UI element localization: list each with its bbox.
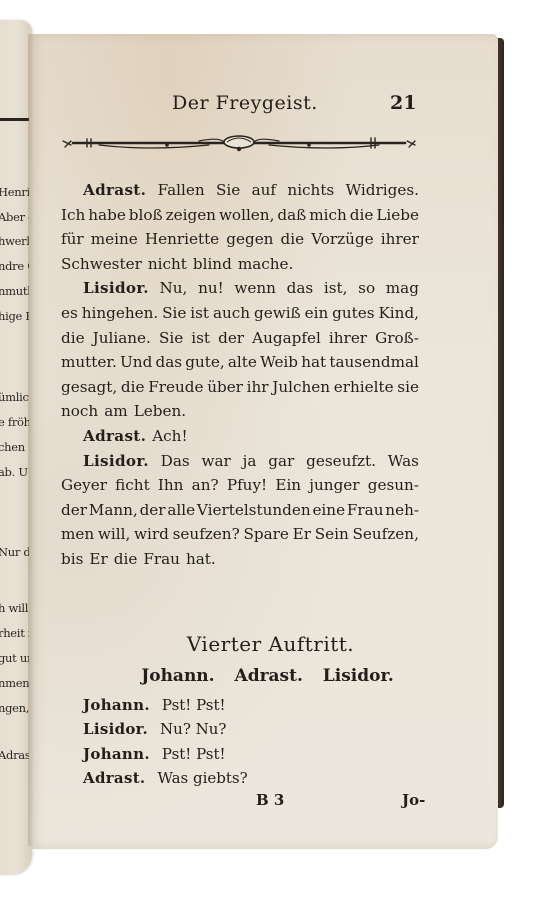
word: Mann,: [89, 498, 138, 523]
word: mutter.: [61, 350, 117, 375]
word: hingehen.: [82, 301, 159, 326]
speaker-name: Johann.: [83, 696, 150, 714]
dialog-text: Nu? Nu?: [160, 720, 226, 738]
signature-mark: B 3: [256, 791, 284, 809]
word: Pfuy!: [227, 473, 267, 498]
text-line: Schwesternichtblindmache.: [61, 252, 419, 277]
word: Fallen: [158, 178, 205, 203]
word: gesun-: [368, 473, 419, 498]
word: der: [61, 498, 87, 523]
word: nicht: [148, 252, 187, 277]
word: Frau: [143, 547, 180, 572]
word: will,: [98, 522, 130, 547]
word: geseufzt.: [306, 449, 376, 474]
speaker-name: Lisidor.: [83, 449, 149, 474]
word: Ach!: [152, 424, 187, 449]
word: am: [104, 399, 127, 424]
text-line: menwill,wirdseufzen?SpareErSeinSeufzen,: [61, 522, 419, 547]
word: Augapfel: [252, 326, 321, 351]
word: gegen: [226, 227, 273, 252]
word: blind: [193, 252, 232, 277]
speaker-name: Lisidor.: [83, 276, 149, 301]
word: gewiß: [254, 301, 301, 326]
word: Viertelstunden: [197, 498, 311, 523]
word: Ihn: [158, 473, 184, 498]
word: Schwester: [61, 252, 142, 277]
running-head: Der Freygeist. 21: [29, 92, 498, 122]
word: über: [207, 375, 243, 400]
word: auch: [213, 301, 250, 326]
word: ist,: [324, 276, 348, 301]
dialog-text: Pst! Pst!: [162, 696, 226, 714]
scene-heading: Vierter Auftritt.: [29, 632, 498, 656]
word: wenn: [234, 276, 276, 301]
right-page: Der Freygeist. 21 Adrast.FallenSieaufnic…: [29, 34, 498, 849]
word: Weib: [260, 350, 298, 375]
word: nu!: [198, 276, 224, 301]
word: die: [114, 547, 138, 572]
word: gute,: [185, 350, 224, 375]
word: Frau: [347, 498, 384, 523]
word: auf: [252, 178, 276, 203]
word: die: [281, 227, 305, 252]
word: hat: [301, 350, 326, 375]
word: habe: [88, 203, 126, 228]
word: neh-: [385, 498, 419, 523]
word: ein: [305, 301, 329, 326]
word: Freude: [148, 375, 203, 400]
word: ist: [190, 301, 209, 326]
speaker-name: Adrast.: [83, 769, 145, 787]
text-line: fürmeineHenriettegegendieVorzügeihrer: [61, 227, 419, 252]
text-line: nochamLeben.: [61, 399, 419, 424]
word: so: [358, 276, 375, 301]
word: die: [350, 203, 374, 228]
word: Ein: [275, 473, 301, 498]
word: noch: [61, 399, 98, 424]
word: junger: [309, 473, 359, 498]
word: Kind,: [378, 301, 419, 326]
word: Widriges.: [346, 178, 419, 203]
word: hat.: [186, 547, 216, 572]
word: bis: [61, 547, 83, 572]
dialog-line: Johann.Pst! Pst!: [83, 693, 248, 717]
text-line: mutter.Unddasgute,alteWeibhattausendmal: [61, 350, 419, 375]
left-page-text-fragment: ab. U: [0, 465, 28, 479]
word: sie: [397, 375, 419, 400]
dialog-text: Was giebts?: [157, 769, 247, 787]
text-line: bisErdieFrauhat.: [61, 547, 419, 572]
word: alle: [167, 498, 195, 523]
cast-list: Johann. Adrast. Lisidor.: [29, 666, 498, 686]
word: Sie: [216, 178, 240, 203]
word: die: [61, 326, 85, 351]
word: an?: [192, 473, 219, 498]
text-line: GeyerfichtIhnan?Pfuy!Einjungergesun-: [61, 473, 419, 498]
catchword: Jo-: [402, 791, 425, 809]
dialog-line: Lisidor.Nu? Nu?: [83, 717, 248, 741]
word: Sie: [162, 301, 186, 326]
word: alte: [228, 350, 257, 375]
word: gesagt,: [61, 375, 117, 400]
word: Was: [388, 449, 419, 474]
word: zeigen: [166, 203, 216, 228]
speaker-name: Johann.: [83, 745, 150, 763]
word: mache.: [238, 252, 294, 277]
word: Sie: [159, 326, 183, 351]
word: daß: [277, 203, 306, 228]
text-line: Ichhabebloßzeigenwollen,daßmichdieLiebe: [61, 203, 419, 228]
word: gutes: [332, 301, 374, 326]
text-line: Adrast.Ach!: [61, 424, 419, 449]
word: Ich: [61, 203, 85, 228]
gutter-shadow: [28, 34, 34, 846]
word: Henriette: [145, 227, 219, 252]
word: bloß: [129, 203, 163, 228]
text-line: dieJuliane.SieistderAugapfelihrerGroß-: [61, 326, 419, 351]
text-line: eshingehen.SieistauchgewißeingutesKind,: [61, 301, 419, 326]
text-line: Adrast.FallenSieaufnichtsWidriges.: [61, 178, 419, 203]
word: das: [287, 276, 314, 301]
word: wird: [134, 522, 169, 547]
text-line: derMann,deralleViertelstundeneineFrauneh…: [61, 498, 419, 523]
text-line: Lisidor.Daswarjagargeseufzt.Was: [61, 449, 419, 474]
body-text: Adrast.FallenSieaufnichtsWidriges.Ichhab…: [61, 178, 419, 572]
word: mich: [309, 203, 347, 228]
running-title: Der Freygeist.: [172, 92, 318, 114]
word: Geyer: [61, 473, 107, 498]
word: Sein: [315, 522, 349, 547]
dialog-line: Johann.Pst! Pst!: [83, 742, 248, 766]
page-number: 21: [390, 92, 416, 114]
word: ficht: [115, 473, 150, 498]
word: war: [202, 449, 231, 474]
ornament-rule-icon: [59, 133, 419, 153]
word: Vorzüge: [311, 227, 373, 252]
word: ja: [243, 449, 257, 474]
word: ist: [191, 326, 210, 351]
word: nichts: [287, 178, 334, 203]
word: der: [140, 498, 166, 523]
word: Julchen: [272, 375, 330, 400]
dialog-text: Pst! Pst!: [162, 745, 226, 763]
word: Das: [161, 449, 190, 474]
word: Juliane.: [93, 326, 151, 351]
speaker-name: Adrast.: [83, 178, 146, 203]
word: es: [61, 301, 78, 326]
word: Seufzen,: [353, 522, 419, 547]
word: Und: [120, 350, 152, 375]
word: die: [121, 375, 145, 400]
dialog-line: Adrast.Was giebts?: [83, 766, 248, 790]
word: Liebe: [376, 203, 419, 228]
dialog-block: Johann.Pst! Pst!Lisidor.Nu? Nu?Johann.Ps…: [83, 693, 248, 791]
word: erhielte: [334, 375, 394, 400]
word: seufzen?: [173, 522, 240, 547]
word: meine: [91, 227, 138, 252]
word: der: [218, 326, 244, 351]
word: gar: [268, 449, 294, 474]
word: Nu,: [159, 276, 187, 301]
word: Spare: [243, 522, 288, 547]
word: Groß-: [375, 326, 419, 351]
word: Er: [293, 522, 311, 547]
word: Er: [89, 547, 107, 572]
word: mag: [386, 276, 419, 301]
word: das: [155, 350, 182, 375]
word: men: [61, 522, 94, 547]
word: ihrer: [381, 227, 419, 252]
text-line: Lisidor.Nu,nu!wenndasist,somag: [61, 276, 419, 301]
word: für: [61, 227, 84, 252]
speaker-name: Lisidor.: [83, 720, 148, 738]
word: eine: [312, 498, 345, 523]
speaker-name: Adrast.: [83, 424, 146, 449]
word: ihr: [247, 375, 269, 400]
text-line: gesagt,dieFreudeüberihrJulchenerhieltesi…: [61, 375, 419, 400]
word: wollen,: [219, 203, 274, 228]
word: Leben.: [134, 399, 186, 424]
word: ihrer: [329, 326, 367, 351]
word: tausendmal: [329, 350, 419, 375]
